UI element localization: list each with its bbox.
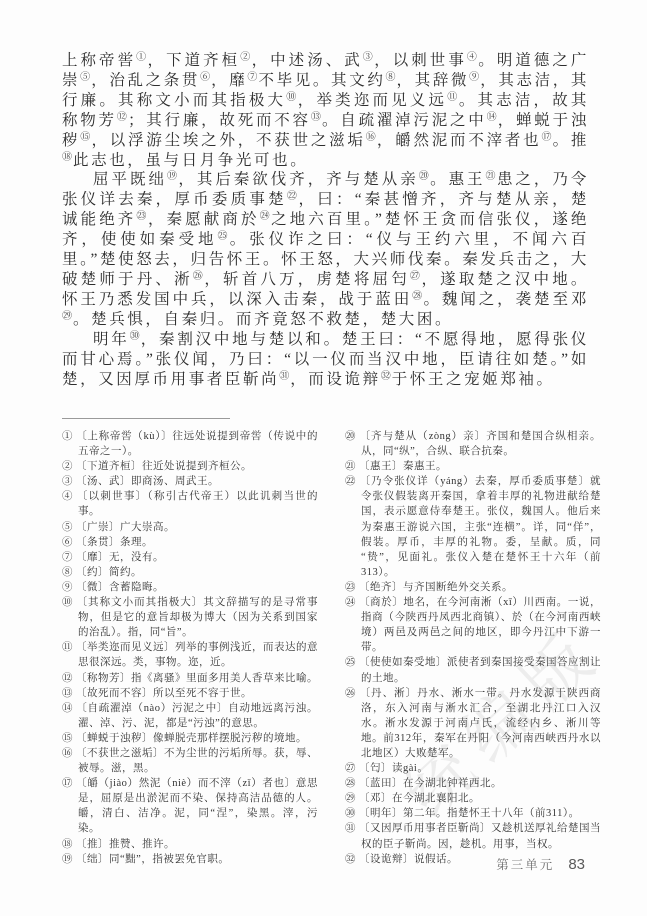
footnote-text: 〔约〕简约。 bbox=[76, 567, 142, 578]
footnote-text: 〔乃令张仪详（yáng）去秦，厚币委质事楚〕就令张仪假装离开秦国，拿着丰厚的礼物… bbox=[360, 476, 601, 578]
footnote-text: 〔靡〕无，没有。 bbox=[76, 552, 164, 563]
footnote-number: ㉙ bbox=[345, 793, 356, 804]
footnote-number: ㉖ bbox=[345, 688, 357, 699]
footnote-number: ㉔ bbox=[345, 597, 356, 608]
note-ref: ⑳ bbox=[419, 171, 429, 182]
footnote-text: 〔匄〕读gài。 bbox=[359, 763, 428, 774]
footnote-number: ③ bbox=[62, 476, 73, 487]
footnote-text: 〔广崇〕广大崇高。 bbox=[76, 522, 175, 533]
footnote-item: ⑲〔绌〕同“黜”，指被罢免官职。 bbox=[62, 852, 318, 867]
footnote-item: ⑨〔微〕含蓄隐晦。 bbox=[62, 580, 318, 595]
note-ref: ⑭ bbox=[487, 112, 497, 123]
footnote-text: 〔不获世之滋垢〕不为尘世的污垢所辱。获，辱、被辱。滋，黑。 bbox=[76, 748, 318, 774]
footnote-text: 〔蝉蜕于浊秽〕像蝉脱壳那样摆脱污秽的境地。 bbox=[76, 733, 307, 744]
footnote-item: ⑯〔不获世之滋垢〕不为尘世的污垢所辱。获，辱、被辱。滋，黑。 bbox=[62, 746, 318, 776]
footnote-item: ④〔以刺世事〕（称引古代帝王）以此讥刺当世的事。 bbox=[62, 489, 318, 519]
note-ref: ⑱ bbox=[62, 152, 72, 163]
footnote-text: 〔上称帝喾（kù）〕往远处说提到帝喾（传说中的五帝之一）。 bbox=[76, 431, 318, 457]
footnote-text: 〔举类迩而见义远〕列举的事例浅近，而表达的意思很深远。类，事物。迩，近。 bbox=[76, 642, 318, 668]
footnote-number: ⑥ bbox=[62, 537, 73, 548]
footnote-item: ⑪〔举类迩而见义远〕列举的事例浅近，而表达的意思很深远。类，事物。迩，近。 bbox=[62, 640, 318, 670]
note-ref: ② bbox=[240, 52, 250, 63]
footnote-text: 〔其称文小而其指极大〕其文辞描写的是寻常事物，但是它的意旨却极为博大（因为关系到… bbox=[77, 597, 318, 638]
footnote-number: ⑩ bbox=[62, 597, 74, 608]
footnotes-left-column: ①〔上称帝喾（kù）〕往远处说提到帝喾（传说中的五帝之一）。②〔下道齐桓〕往近处… bbox=[62, 429, 318, 867]
note-ref: ㉔ bbox=[260, 211, 271, 222]
footnote-item: ⑳〔齐与楚从（zòng）亲〕齐国和楚国合纵相亲。从，同“纵”，合纵、联合抗秦。 bbox=[345, 429, 601, 459]
footnote-number: ㉕ bbox=[345, 657, 356, 668]
footnote-number: ㉚ bbox=[345, 808, 356, 819]
footnote-item: ⑬〔故死而不容〕所以至死不容于世。 bbox=[62, 686, 318, 701]
footnotes-section: ①〔上称帝喾（kù）〕往远处说提到帝喾（传说中的五帝之一）。②〔下道齐桓〕往近处… bbox=[62, 429, 602, 867]
footnote-number: ⑪ bbox=[62, 642, 73, 653]
footnote-number: ① bbox=[62, 431, 73, 442]
footnote-number: ㉓ bbox=[345, 582, 356, 593]
note-ref: ㉓ bbox=[136, 211, 147, 222]
note-ref: ⑪ bbox=[447, 92, 458, 103]
note-ref: ㉘ bbox=[412, 291, 422, 302]
note-ref: ㉖ bbox=[193, 271, 204, 282]
note-ref: ⑨ bbox=[469, 72, 479, 83]
footnote-number: ⑯ bbox=[62, 748, 73, 759]
footnote-text: 〔邓〕在今湖北襄阳北。 bbox=[359, 793, 480, 804]
note-ref: ⑲ bbox=[167, 171, 177, 182]
footnote-item: ⑭〔自疏濯淖（nào）污泥之中〕自动地远离污浊。濯、淖、污、泥，都是“污浊”的意… bbox=[62, 701, 318, 731]
footnote-number: ⑮ bbox=[62, 733, 73, 744]
footnote-item: ⑫〔称物芳〕指《离骚》里面多用美人香草来比喻。 bbox=[62, 671, 318, 686]
note-ref: ㉙ bbox=[62, 311, 72, 322]
footnotes-right-column: ⑳〔齐与楚从（zòng）亲〕齐国和楚国合纵相亲。从，同“纵”，合纵、联合抗秦。㉑… bbox=[345, 429, 601, 867]
note-ref: ⑥ bbox=[200, 72, 210, 83]
footnote-text: 〔推〕推赞、推许。 bbox=[76, 839, 175, 850]
main-text: 上称帝喾①，下道齐桓②，中述汤、武③，以刺世事④。明道德之广崇⑤，治乱之条贯⑥，… bbox=[62, 51, 589, 389]
footnote-text: 〔设诡辩〕说假话。 bbox=[359, 854, 458, 865]
footnote-item: ㉔〔商於〕地名，在今河南淅（xī）川西南。一说，指商（今陕西丹凤西北商镇）、於（… bbox=[345, 595, 601, 655]
footnote-number: ⑭ bbox=[62, 703, 73, 714]
footnote-number: ㉘ bbox=[345, 778, 356, 789]
footnote-text: 〔汤、武〕即商汤、周武王。 bbox=[76, 476, 219, 487]
footnote-text: 〔以刺世事〕（称引古代帝王）以此讥刺当世的事。 bbox=[77, 491, 318, 517]
note-ref: ㉗ bbox=[410, 271, 421, 282]
unit-label: 第三单元 bbox=[496, 855, 554, 873]
footnote-number: ㉜ bbox=[345, 854, 356, 865]
footnote-item: ㉙〔邓〕在今湖北襄阳北。 bbox=[345, 791, 601, 806]
footnote-item: ㉚〔明年〕第二年。指楚怀王十八年（前311）。 bbox=[345, 806, 601, 821]
footnote-number: ㉑ bbox=[345, 461, 356, 472]
note-ref: ⑫ bbox=[117, 112, 127, 123]
footnote-number: ② bbox=[62, 461, 73, 472]
note-ref: ㉕ bbox=[217, 231, 228, 242]
footnote-item: ⑦〔靡〕无，没有。 bbox=[62, 550, 318, 565]
note-ref: ⑩ bbox=[286, 92, 297, 103]
page-footer: 第三单元 83 bbox=[496, 855, 585, 873]
note-ref: ⑯ bbox=[366, 132, 376, 143]
footnote-item: ㉘〔蓝田〕在今湖北钟祥西北。 bbox=[345, 776, 601, 791]
footnote-number: ⑧ bbox=[62, 567, 73, 578]
paragraph: 屈平既绌⑲，其后秦欲伐齐，齐与楚从亲⑳。惠王㉑患之，乃令张仪详去秦，厚币委质事楚… bbox=[62, 170, 589, 329]
note-ref: ⑰ bbox=[541, 132, 551, 143]
footnote-item: ㉕〔使使如秦受地〕派使者到秦国接受秦国答应割让的土地。 bbox=[345, 655, 601, 685]
footnote-text: 〔蓝田〕在今湖北钟祥西北。 bbox=[359, 778, 502, 789]
footnote-item: ㉛〔又因厚币用事者臣靳尚〕又趁机送厚礼给楚国当权的臣子靳尚。因，趁机。用事，当权… bbox=[345, 821, 601, 851]
footnote-text: 〔皭（jiào）然泥（niè）而不滓（zǐ）者也〕意思是，屈原是出淤泥而不染、保… bbox=[76, 778, 318, 834]
footnote-text: 〔微〕含蓄隐晦。 bbox=[76, 582, 164, 593]
footnote-text: 〔又因厚币用事者臣靳尚〕又趁机送厚礼给楚国当权的臣子靳尚。因，趁机。用事，当权。 bbox=[359, 823, 601, 849]
footnote-text: 〔商於〕地名，在今河南淅（xī）川西南。一说，指商（今陕西丹凤西北商镇）、於（在… bbox=[359, 597, 601, 653]
footnote-text: 〔绝齐〕与齐国断绝外交关系。 bbox=[359, 582, 513, 593]
note-ref: ㉜ bbox=[381, 371, 391, 382]
footnote-text: 〔使使如秦受地〕派使者到秦国接受秦国答应割让的土地。 bbox=[359, 657, 601, 683]
footnote-item: ⑧〔约〕简约。 bbox=[62, 565, 318, 580]
footnote-item: ⑱〔推〕推赞、推许。 bbox=[62, 837, 318, 852]
footnote-text: 〔绌〕同“黜”，指被罢免官职。 bbox=[76, 854, 229, 865]
footnote-item: ㉓〔绝齐〕与齐国断绝外交关系。 bbox=[345, 580, 601, 595]
note-ref: ⑮ bbox=[80, 132, 90, 143]
footnote-item: ②〔下道齐桓〕往近处说提到齐桓公。 bbox=[62, 459, 318, 474]
note-ref: ③ bbox=[363, 52, 373, 63]
footnote-item: ⑰〔皭（jiào）然泥（niè）而不滓（zǐ）者也〕意思是，屈原是出淤泥而不染、… bbox=[62, 776, 318, 836]
footnote-number: ⑨ bbox=[62, 582, 73, 593]
footnote-text: 〔齐与楚从（zòng）亲〕齐国和楚国合纵相亲。从，同“纵”，合纵、联合抗秦。 bbox=[360, 431, 601, 457]
note-ref: ㉑ bbox=[486, 171, 496, 182]
page-number: 83 bbox=[568, 856, 585, 873]
note-ref: ④ bbox=[467, 52, 477, 63]
footnote-item: ③〔汤、武〕即商汤、周武王。 bbox=[62, 474, 318, 489]
footnote-item: ⑩〔其称文小而其指极大〕其文辞描写的是寻常事物，但是它的意旨却极为博大（因为关系… bbox=[62, 595, 318, 640]
footnote-item: ㉖〔丹、淅〕丹水、淅水一带。丹水发源于陕西商洛，东入河南与淅水汇合，至湖北丹江口… bbox=[345, 686, 601, 761]
footnote-text: 〔明年〕第二年。指楚怀王十八年（前311）。 bbox=[359, 808, 580, 819]
note-ref: ⑬ bbox=[311, 112, 321, 123]
footnote-number: ④ bbox=[62, 491, 74, 502]
paragraph: 上称帝喾①，下道齐桓②，中述汤、武③，以刺世事④。明道德之广崇⑤，治乱之条贯⑥，… bbox=[62, 51, 589, 170]
footnote-text: 〔下道齐桓〕往近处说提到齐桓公。 bbox=[76, 461, 252, 472]
footnote-number: ⑲ bbox=[62, 854, 73, 865]
footnote-number: ㉛ bbox=[345, 823, 356, 834]
footnote-number: ⑤ bbox=[62, 522, 73, 533]
footnote-number: ㉒ bbox=[345, 476, 357, 487]
footnote-number: ⑰ bbox=[62, 778, 73, 789]
footnote-text: 〔丹、淅〕丹水、淅水一带。丹水发源于陕西商洛，东入河南与淅水汇合，至湖北丹江口入… bbox=[360, 688, 601, 759]
footnote-item: ㉗〔匄〕读gài。 bbox=[345, 761, 601, 776]
footnote-number: ⑫ bbox=[62, 673, 73, 684]
footnote-item: ⑤〔广崇〕广大崇高。 bbox=[62, 520, 318, 535]
footnote-text: 〔自疏濯淖（nào）污泥之中〕自动地远离污浊。濯、淖、污、泥，都是“污浊”的意思… bbox=[76, 703, 318, 729]
footnote-number: ⑦ bbox=[62, 552, 73, 563]
footnote-number: ㉗ bbox=[345, 763, 356, 774]
note-ref: ㉒ bbox=[287, 191, 298, 202]
note-ref: ㉛ bbox=[279, 371, 289, 382]
paragraph: 明年㉚，秦割汉中地与楚以和。楚王曰：“不愿得地，愿得张仪而甘心焉。”张仪闻，乃曰… bbox=[62, 330, 589, 390]
note-ref: ⑧ bbox=[386, 72, 396, 83]
footnote-number: ⑱ bbox=[62, 839, 73, 850]
footnote-text: 〔称物芳〕指《离骚》里面多用美人香草来比喻。 bbox=[76, 673, 318, 684]
footnote-number: ⑳ bbox=[345, 431, 357, 442]
footnote-item: ⑮〔蝉蜕于浊秽〕像蝉脱壳那样摆脱污秽的境地。 bbox=[62, 731, 318, 746]
footnote-item: ①〔上称帝喾（kù）〕往远处说提到帝喾（传说中的五帝之一）。 bbox=[62, 429, 318, 459]
footnote-item: ⑥〔条贯〕条理。 bbox=[62, 535, 318, 550]
textbook-page: 上称帝喾①，下道齐桓②，中述汤、武③，以刺世事④。明道德之广崇⑤，治乱之条贯⑥，… bbox=[0, 0, 647, 916]
footnote-text: 〔条贯〕条理。 bbox=[76, 537, 153, 548]
footnote-separator bbox=[62, 418, 230, 419]
footnote-text: 〔故死而不容〕所以至死不容于世。 bbox=[76, 688, 252, 699]
note-ref: ⑦ bbox=[247, 72, 257, 83]
note-ref: ㉚ bbox=[130, 331, 140, 342]
note-ref: ⑤ bbox=[80, 72, 90, 83]
footnote-item: ㉒〔乃令张仪详（yáng）去秦，厚币委质事楚〕就令张仪假装离开秦国，拿着丰厚的礼… bbox=[345, 474, 601, 580]
footnote-item: ㉑〔惠王〕秦惠王。 bbox=[345, 459, 601, 474]
footnote-text: 〔惠王〕秦惠王。 bbox=[359, 461, 447, 472]
note-ref: ① bbox=[136, 52, 146, 63]
footnote-number: ⑬ bbox=[62, 688, 73, 699]
